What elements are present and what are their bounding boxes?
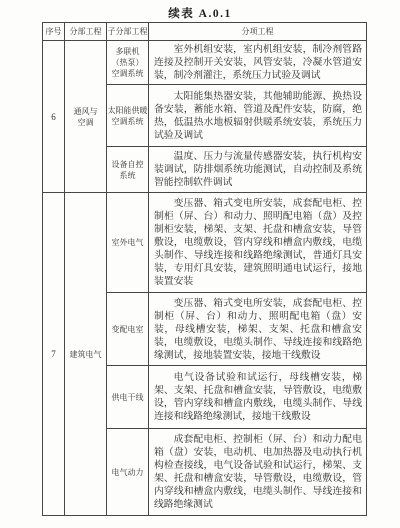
section-no: 7 <box>43 193 65 516</box>
header-division: 分部工程 <box>65 23 107 41</box>
document-page: 续表 A.0.1 序号 分部工程 子分部工程 分项工程 6 通风与 空调 多联机… <box>0 0 400 528</box>
section-no: 6 <box>43 41 65 193</box>
division-name: 建筑电气 <box>65 193 107 516</box>
itemized-works: 变压器、箱式变电所安装，成套配电柜、控制柜（屏、台）和动力、照明配电箱（盘）及控… <box>149 193 367 293</box>
subdivision-name: 太阳能供暖 空调系统 <box>107 85 149 147</box>
itemized-works: 温度、压力与流量传感器安装，执行机构安装调试，防排烟系统功能测试，自动控制及系统… <box>149 147 367 193</box>
itemized-works: 电气设备试验和试运行，母线槽安装，梯架、支架、托盘和槽盒安装，导管敷设，电缆敷设… <box>149 366 367 429</box>
table-header-row: 序号 分部工程 子分部工程 分项工程 <box>43 23 367 41</box>
subdivision-name: 设备自控 系统 <box>107 147 149 193</box>
subdivision-name: 室外电气 <box>107 193 149 293</box>
subdivision-name: 变配电室 <box>107 293 149 366</box>
table-row: 6 通风与 空调 多联机 （热泵） 空调系统 室外机组安装，室内机组安装，制冷剂… <box>43 41 367 85</box>
itemized-works: 室外机组安装，室内机组安装，制冷剂管路连接及控制开关安装，风管安装，冷凝水管道安… <box>149 41 367 85</box>
subdivision-name: 多联机 （热泵） 空调系统 <box>107 41 149 85</box>
itemized-works-table: 序号 分部工程 子分部工程 分项工程 6 通风与 空调 多联机 （热泵） 空调系… <box>42 22 367 516</box>
itemized-works: 成套配电柜、控制柜（屏、台）和动力配电箱（盘）安装，电动机、电加热器及电动执行机… <box>149 429 367 516</box>
itemized-works: 变压器、箱式变电所安装，成套配电柜、控制柜（屏、台）和动力、照明配电箱（盘）安装… <box>149 293 367 366</box>
header-serial-no: 序号 <box>43 23 65 41</box>
table-row: 7 建筑电气 室外电气 变压器、箱式变电所安装，成套配电柜、控制柜（屏、台）和动… <box>43 193 367 293</box>
subdivision-name: 供电干线 <box>107 366 149 429</box>
itemized-works: 太阳能集热器安装，其他辅助能源、换热设备安装，蓄能水箱、管道及配件安装，防腐，绝… <box>149 85 367 147</box>
subdivision-name: 电气动力 <box>107 429 149 516</box>
header-subdivision: 子分部工程 <box>107 23 149 41</box>
table-caption: 续表 A.0.1 <box>0 5 400 21</box>
header-itemized-works: 分项工程 <box>149 23 367 41</box>
division-name: 通风与 空调 <box>65 41 107 193</box>
